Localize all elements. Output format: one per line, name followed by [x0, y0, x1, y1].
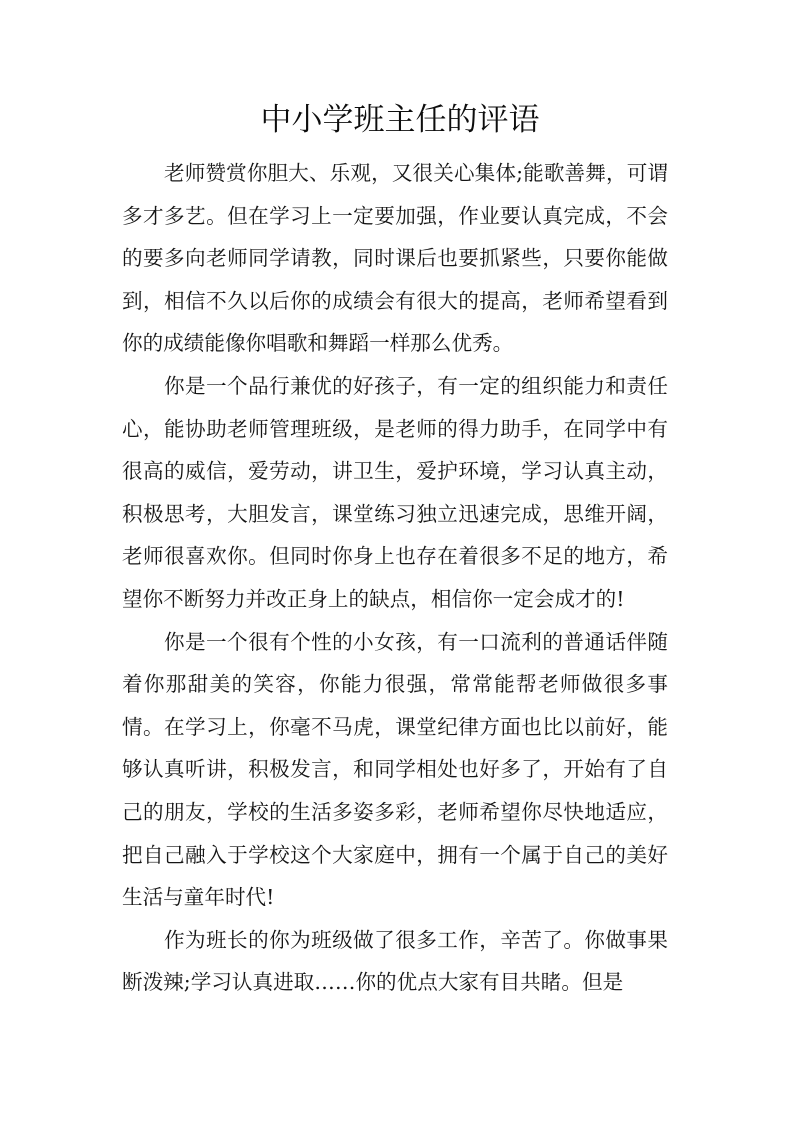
comment-paragraph-3: 你是一个很有个性的小女孩，有一口流利的普通话伴随着你那甜美的笑容，你能力很强，常… — [122, 621, 668, 919]
document-title: 中小学班主任的评语 — [0, 98, 800, 142]
comment-paragraph-1: 老师赞赏你胆大、乐观，又很关心集体;能歌善舞，可谓多才多艺。但在学习上一定要加强… — [122, 152, 668, 365]
document-page: 中小学班主任的评语 老师赞赏你胆大、乐观，又很关心集体;能歌善舞，可谓多才多艺。… — [0, 0, 800, 1132]
document-body: 老师赞赏你胆大、乐观，又很关心集体;能歌善舞，可谓多才多艺。但在学习上一定要加强… — [122, 152, 668, 1004]
comment-paragraph-2: 你是一个品行兼优的好孩子，有一定的组织能力和责任心，能协助老师管理班级，是老师的… — [122, 365, 668, 621]
comment-paragraph-4: 作为班长的你为班级做了很多工作，辛苦了。你做事果断泼辣;学习认真进取……你的优点… — [122, 919, 668, 1004]
